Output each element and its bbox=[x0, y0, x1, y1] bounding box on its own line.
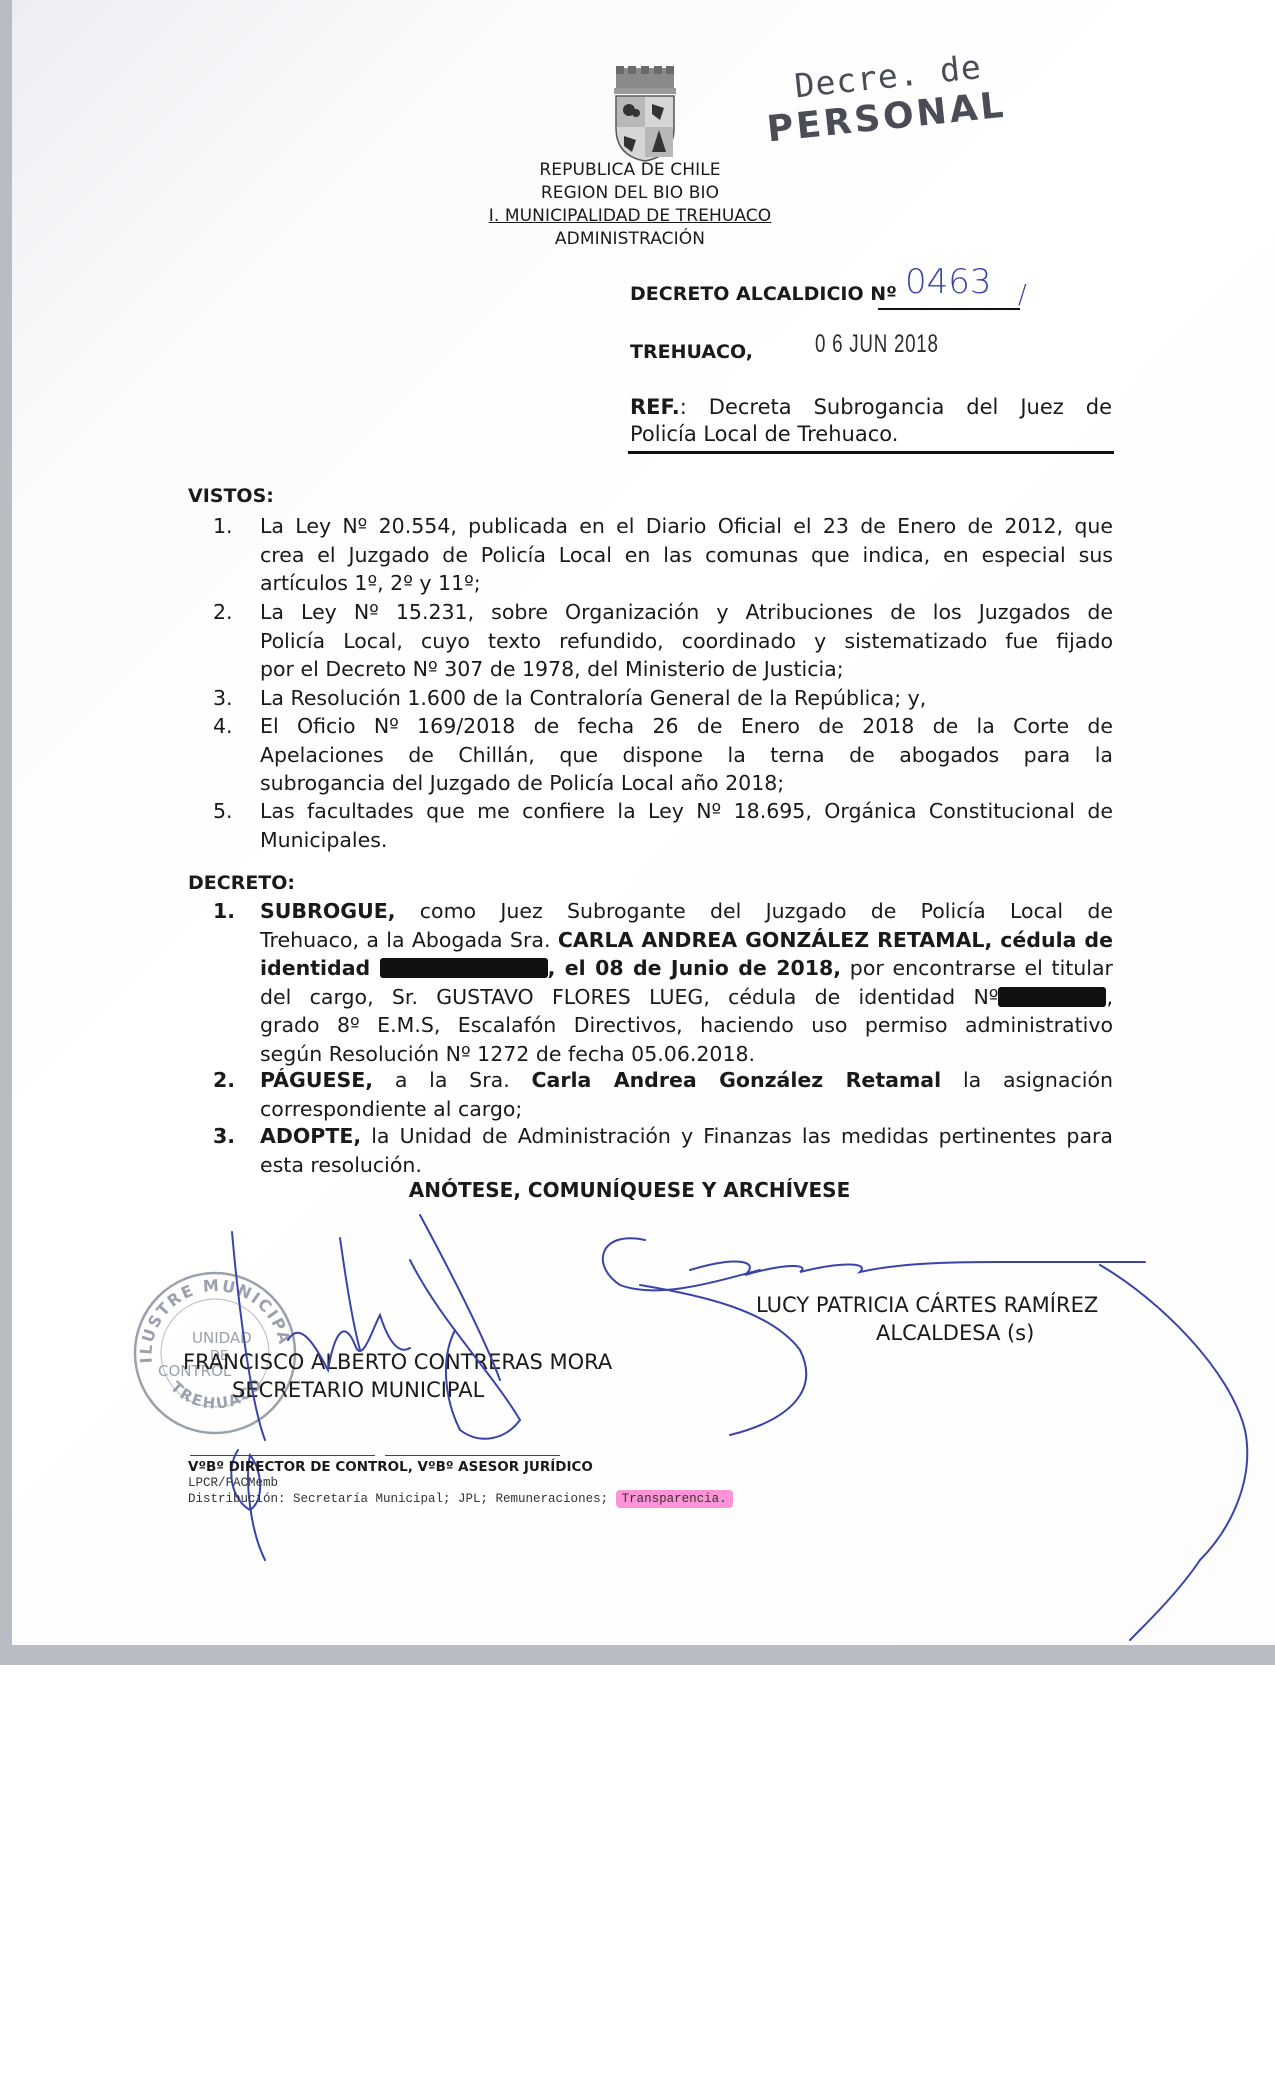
initials: LPCR/FACMemb bbox=[188, 1476, 278, 1490]
decree-label: DECRETO ALCALDICIO Nº bbox=[630, 283, 897, 305]
reference-label: REF. bbox=[630, 395, 680, 419]
vistos-item-3: 3. La Resolución 1.600 de la Contraloría… bbox=[213, 684, 1113, 713]
vistos-heading: VISTOS: bbox=[188, 485, 274, 507]
header-municipality: I. MUNICIPALIDAD DE TREHUACO bbox=[480, 206, 780, 226]
vistos-item-4: 4. El Oficio Nº 169/2018 de fecha 26 de … bbox=[213, 712, 1113, 798]
reference-text: : Decreta Subrogancia del Juez de bbox=[680, 395, 1112, 419]
vistos-item-1: 1. La Ley Nº 20.554, publicada en el Dia… bbox=[213, 512, 1113, 598]
director-control-signature-line bbox=[190, 1455, 375, 1456]
distribution-list: Distribución: Secretaría Municipal; JPL;… bbox=[188, 1492, 733, 1506]
header-region: REGION DEL BIO BIO bbox=[480, 183, 780, 203]
decree-number: 0463 bbox=[905, 262, 992, 302]
legal-advisor-signature-line bbox=[385, 1455, 560, 1456]
vistos-item-2: 2. La Ley Nº 15.231, sobre Organización … bbox=[213, 598, 1113, 684]
reference-line-2: Policía Local de Trehuaco. bbox=[630, 422, 898, 446]
header-department: ADMINISTRACIÓN bbox=[480, 229, 780, 249]
decree-number-slash: / bbox=[1018, 280, 1027, 310]
reference-underline bbox=[628, 451, 1114, 454]
date-stamp: 0 6 JUN 2018 bbox=[815, 330, 939, 359]
mayor-name: LUCY PATRICIA CÁRTES RAMÍREZ bbox=[756, 1293, 1098, 1317]
place-label: TREHUACO, bbox=[630, 341, 753, 363]
reference-line-1: REF.: Decreta Subrogancia del Juez de bbox=[630, 393, 1112, 422]
decreto-item-2: 2. PÁGUESE, a la Sra. Carla Andrea Gonzá… bbox=[213, 1066, 1113, 1123]
svg-text:UNIDAD: UNIDAD bbox=[192, 1329, 252, 1347]
decree-number-line bbox=[878, 308, 1020, 310]
vistos-item-5: 5. Las facultades que me confiere la Ley… bbox=[213, 797, 1113, 854]
approvals-line: VºBº DIRECTOR DE CONTROL, VºBº ASESOR JU… bbox=[188, 1459, 593, 1475]
closing-formula: ANÓTESE, COMUNÍQUESE Y ARCHÍVESE bbox=[0, 1178, 1275, 1202]
decreto-item-1: 1. SUBROGUE, como Juez Subrogante del Ju… bbox=[213, 897, 1113, 1069]
secretary-title: SECRETARIO MUNICIPAL bbox=[232, 1378, 484, 1402]
decreto-item-3: 3. ADOPTE, la Unidad de Administración y… bbox=[213, 1122, 1113, 1179]
highlighted-transparencia: Transparencia. bbox=[616, 1490, 733, 1508]
header-country: REPUBLICA DE CHILE bbox=[480, 160, 780, 180]
secretary-name: FRANCISCO ALBERTO CONTRERAS MORA bbox=[183, 1350, 612, 1374]
mayor-title: ALCALDESA (s) bbox=[876, 1321, 1034, 1345]
redacted-id-1 bbox=[380, 958, 548, 978]
municipal-coat-of-arms-icon bbox=[612, 66, 678, 162]
redacted-id-2 bbox=[998, 987, 1106, 1007]
decreto-heading: DECRETO: bbox=[188, 872, 295, 894]
